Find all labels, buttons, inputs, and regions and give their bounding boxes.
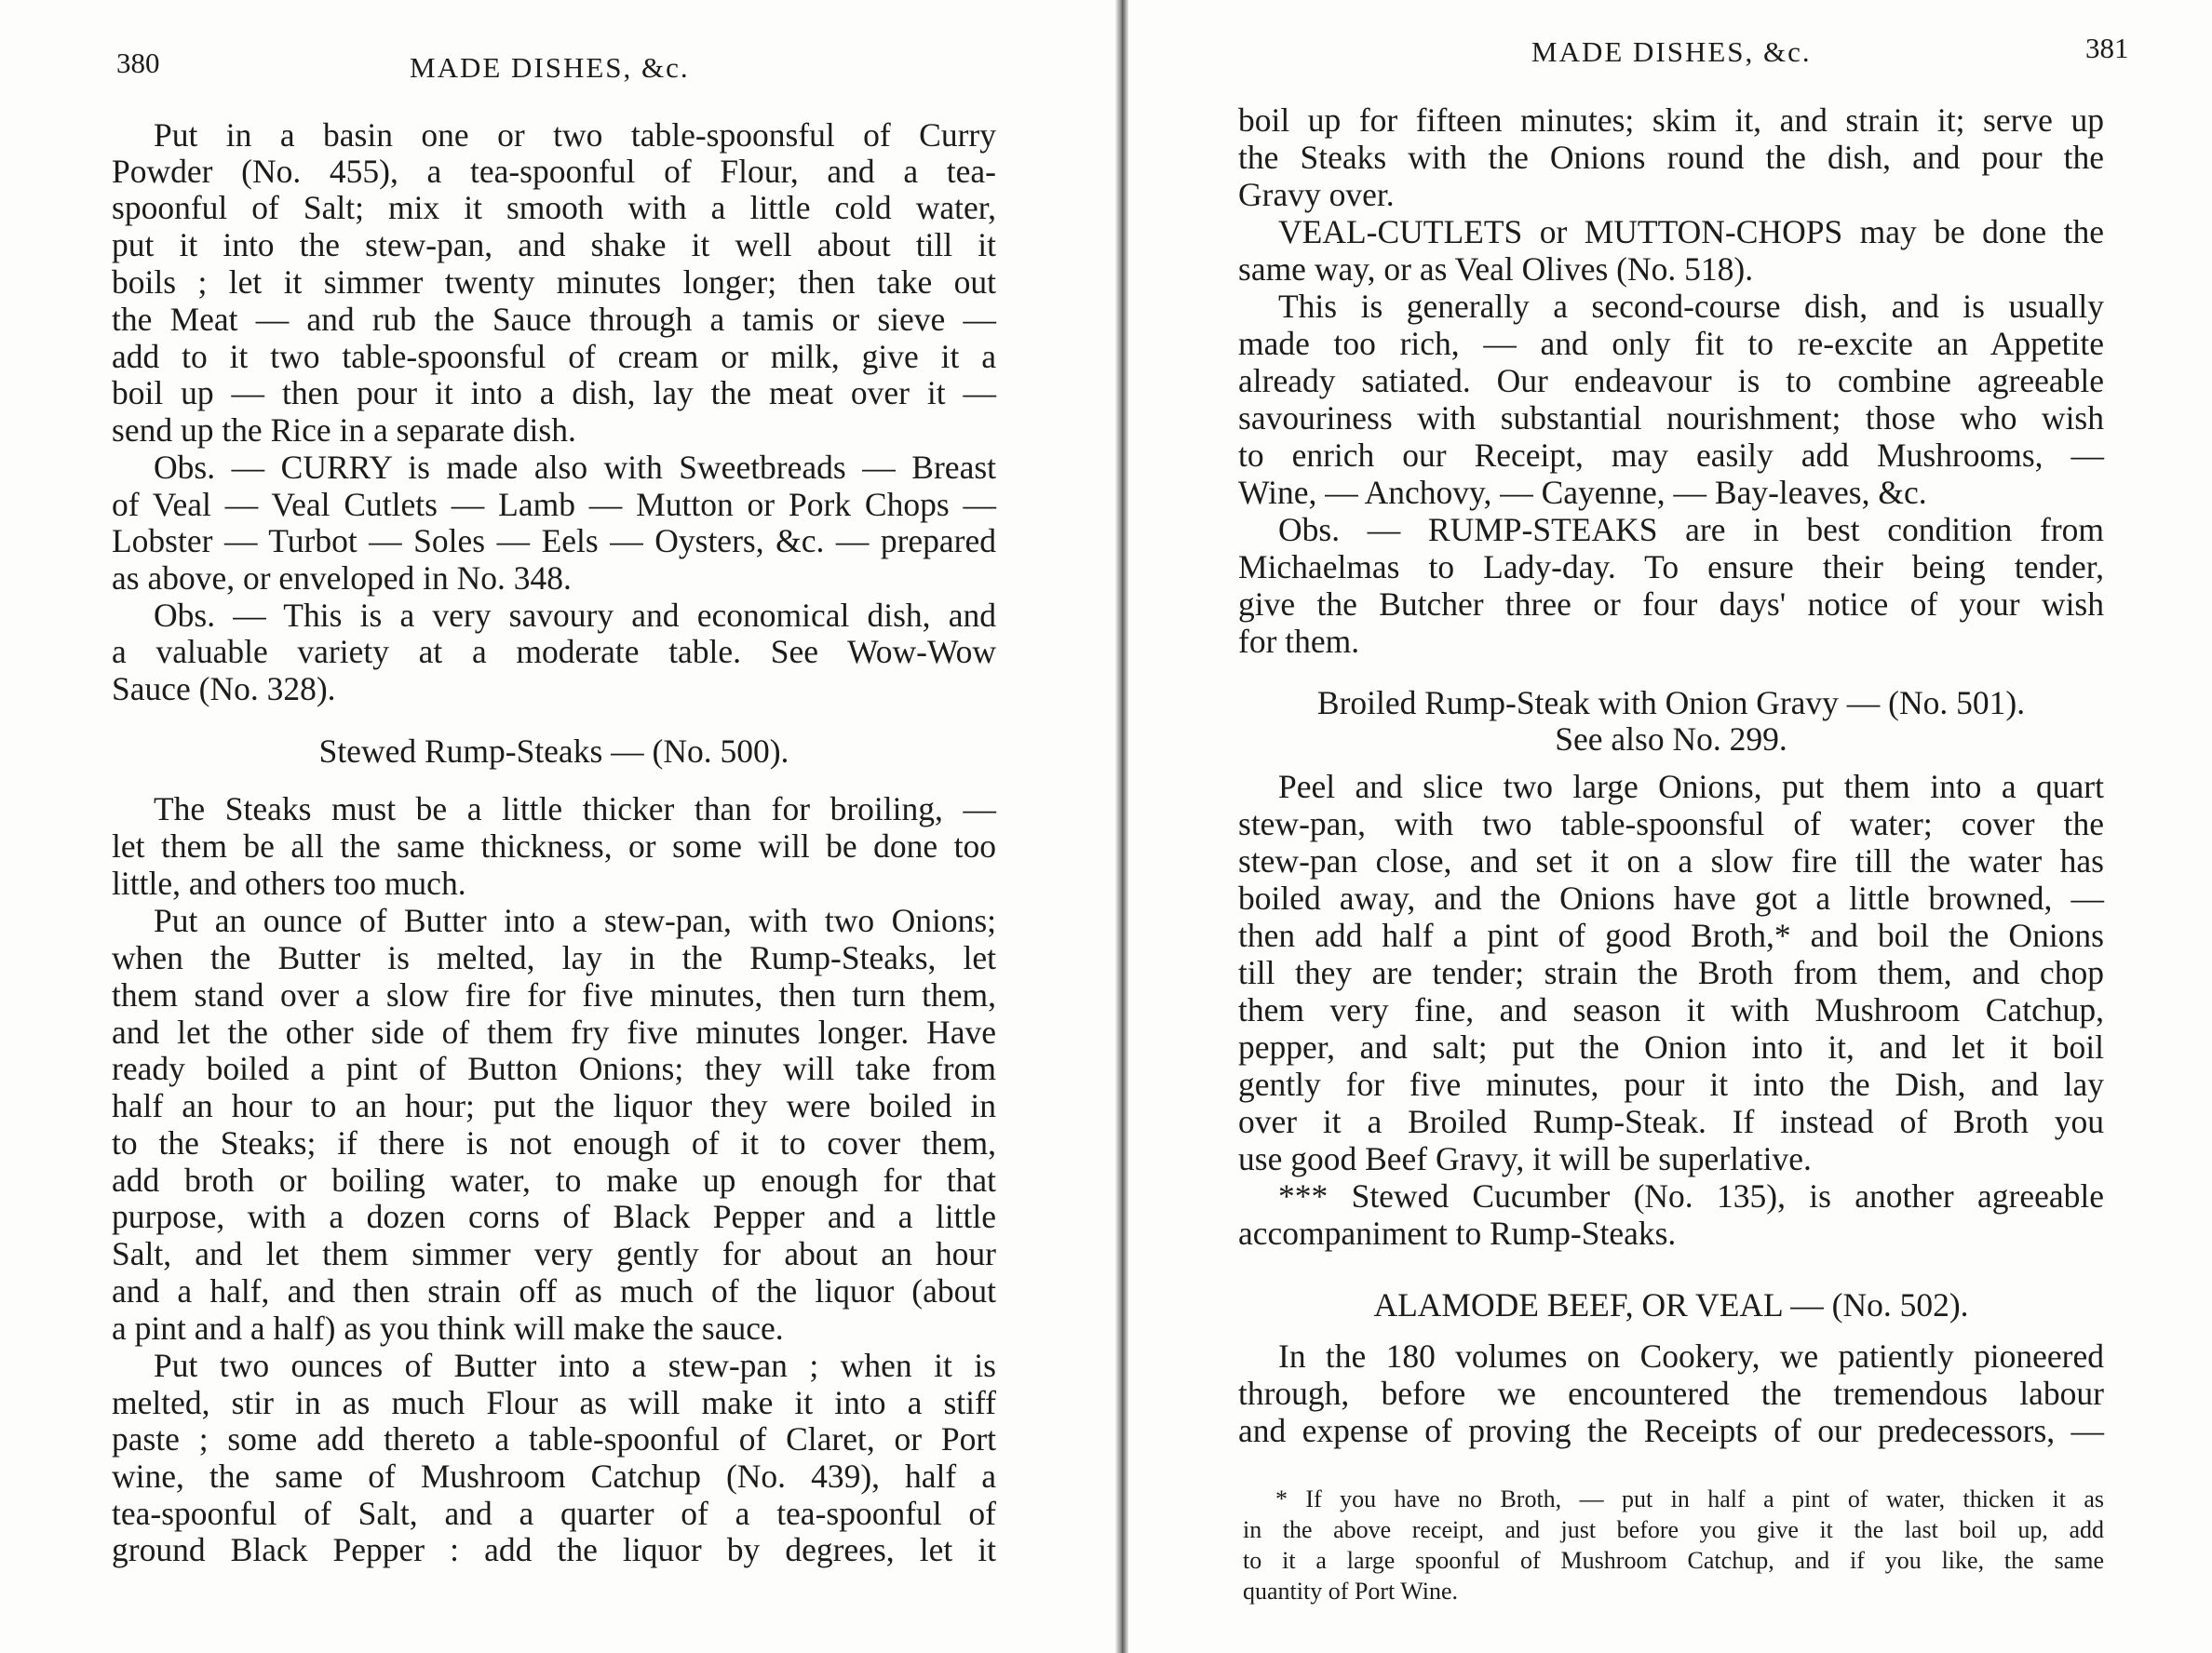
text-line: The Steaks must be a little thicker than… <box>154 793 996 826</box>
text-line: when the Butter is melted, lay in the Ru… <box>112 942 996 975</box>
text-line: Put two ounces of Butter into a stew-pan… <box>154 1350 996 1383</box>
text-line: for them. <box>1238 625 1359 659</box>
text-line: put it into the stew-pan, and shake it w… <box>112 229 996 262</box>
text-line: ALAMODE BEEF, OR VEAL — (No. 502). <box>1238 1289 2104 1323</box>
text-line: send up the Rice in a separate dish. <box>112 414 576 448</box>
text-line: same way, or as Veal Olives (No. 518). <box>1238 253 1753 287</box>
text-line: the Meat — and rub the Sauce through a t… <box>112 303 996 337</box>
text-line: boil up for fifteen minutes; skim it, an… <box>1238 104 2104 138</box>
text-line: *** Stewed Cucumber (No. 135), is anothe… <box>1278 1180 2104 1214</box>
running-head: MADE DISHES, &c. <box>410 51 690 85</box>
text-line: Gravy over. <box>1238 179 1395 212</box>
text-line: Lobster — Turbot — Soles — Eels — Oyster… <box>112 525 996 558</box>
text-line: them stand over a slow fire for five min… <box>112 979 996 1013</box>
text-line: give the Butcher three or four days' not… <box>1238 588 2104 622</box>
text-line: paste ; some add thereto a table-spoonfu… <box>112 1423 996 1457</box>
text-line: wine, the same of Mushroom Catchup (No. … <box>112 1460 996 1494</box>
text-line: Obs. — RUMP-STEAKS are in best condition… <box>1278 514 2104 547</box>
text-line: Powder (No. 455), a tea-spoonful of Flou… <box>112 155 996 189</box>
text-line: melted, stir in as much Flour as will ma… <box>112 1387 996 1420</box>
running-head: MADE DISHES, &c. <box>1531 35 1812 69</box>
right-page: MADE DISHES, &c. 381 boil up for fifteen… <box>1122 0 2212 1653</box>
left-page: 380 MADE DISHES, &c. Put in a basin one … <box>0 0 1122 1653</box>
text-line: pepper, and salt; put the Onion into it,… <box>1238 1031 2104 1065</box>
text-line: Peel and slice two large Onions, put the… <box>1278 771 2104 804</box>
text-line: ground Black Pepper : add the liquor by … <box>112 1534 996 1567</box>
text-line: as above, or enveloped in No. 348. <box>112 562 572 596</box>
text-line: add broth or boiling water, to make up e… <box>112 1164 996 1198</box>
text-line: VEAL-CUTLETS or MUTTON-CHOPS may be done… <box>1278 216 2104 249</box>
text-line: accompaniment to Rump-Steaks. <box>1238 1217 1676 1251</box>
text-line: let them be all the same thickness, or s… <box>112 830 996 864</box>
text-line: a valuable variety at a moderate table. … <box>112 636 996 669</box>
text-line: little, and others too much. <box>112 867 466 901</box>
text-line: tea-spoonful of Salt, and a quarter of a… <box>112 1498 996 1531</box>
text-line: See also No. 299. <box>1238 723 2104 757</box>
text-line: savouriness with substantial nourishment… <box>1238 402 2104 436</box>
text-line: This is generally a second-course dish, … <box>1278 290 2104 324</box>
text-line: ready boiled a pint of Button Onions; th… <box>112 1053 996 1086</box>
text-line: in the above receipt, and just before yo… <box>1243 1518 2104 1542</box>
text-line: boiled away, and the Onions have got a l… <box>1238 882 2104 916</box>
text-line: Wine, — Anchovy, — Cayenne, — Bay-leaves… <box>1238 477 1927 510</box>
page-number: 381 <box>2085 32 2129 65</box>
text-line: In the 180 volumes on Cookery, we patien… <box>1278 1340 2104 1374</box>
text-line: Put an ounce of Butter into a stew-pan, … <box>154 905 996 938</box>
text-line: Stewed Rump-Steaks — (No. 500). <box>112 735 996 769</box>
text-line: the Steaks with the Onions round the dis… <box>1238 141 2104 175</box>
text-line: boil up — then pour it into a dish, lay … <box>112 377 996 410</box>
text-line: add to it two table-spoonsful of cream o… <box>112 341 996 374</box>
text-line: till they are tender; strain the Broth f… <box>1238 957 2104 990</box>
text-line: already satiated. Our endeavour is to co… <box>1238 365 2104 398</box>
text-line: made too rich, — and only fit to re-exci… <box>1238 328 2104 361</box>
text-line: then add half a pint of good Broth,* and… <box>1238 920 2104 953</box>
text-line: over it a Broiled Rump-Steak. If instead… <box>1238 1106 2104 1139</box>
text-line: to it a large spoonful of Mushroom Catch… <box>1243 1549 2104 1573</box>
text-line: purpose, with a dozen corns of Black Pep… <box>112 1201 996 1234</box>
text-line: gently for five minutes, pour it into th… <box>1238 1068 2104 1102</box>
text-line: a pint and a half) as you think will mak… <box>112 1312 784 1346</box>
text-line: spoonful of Salt; mix it smooth with a l… <box>112 192 996 225</box>
text-line: Salt, and let them simmer very gently fo… <box>112 1238 996 1271</box>
text-line: of Veal — Veal Cutlets — Lamb — Mutton o… <box>112 489 996 522</box>
text-line: and let the other side of them fry five … <box>112 1016 996 1050</box>
text-line: quantity of Port Wine. <box>1243 1579 1458 1604</box>
text-line: to the Steaks; if there is not enough of… <box>112 1127 996 1161</box>
text-line: through, before we encountered the treme… <box>1238 1377 2104 1411</box>
text-line: and a half, and then strain off as much … <box>112 1275 996 1309</box>
text-line: Sauce (No. 328). <box>112 673 336 706</box>
text-line: boils ; let it simmer twenty minutes lon… <box>112 266 996 300</box>
text-line: half an hour to an hour; put the liquor … <box>112 1090 996 1123</box>
text-line: Put in a basin one or two table-spoonsfu… <box>154 119 996 153</box>
text-line: and expense of proving the Receipts of o… <box>1238 1415 2104 1448</box>
text-line: Obs. — This is a very savoury and econom… <box>154 599 996 633</box>
text-line: * If you have no Broth, — put in half a … <box>1275 1487 2104 1512</box>
text-line: Broiled Rump-Steak with Onion Gravy — (N… <box>1238 687 2104 720</box>
text-line: to enrich our Receipt, may easily add Mu… <box>1238 439 2104 473</box>
text-line: use good Beef Gravy, it will be superlat… <box>1238 1143 1812 1176</box>
text-line: Obs. — CURRY is made also with Sweetbrea… <box>154 451 996 485</box>
text-line: stew-pan close, and set it on a slow fir… <box>1238 845 2104 879</box>
text-line: them very fine, and season it with Mushr… <box>1238 994 2104 1028</box>
text-line: Michaelmas to Lady-day. To ensure their … <box>1238 551 2104 585</box>
text-line: stew-pan, with two table-spoonsful of wa… <box>1238 808 2104 841</box>
page-number: 380 <box>116 47 160 80</box>
